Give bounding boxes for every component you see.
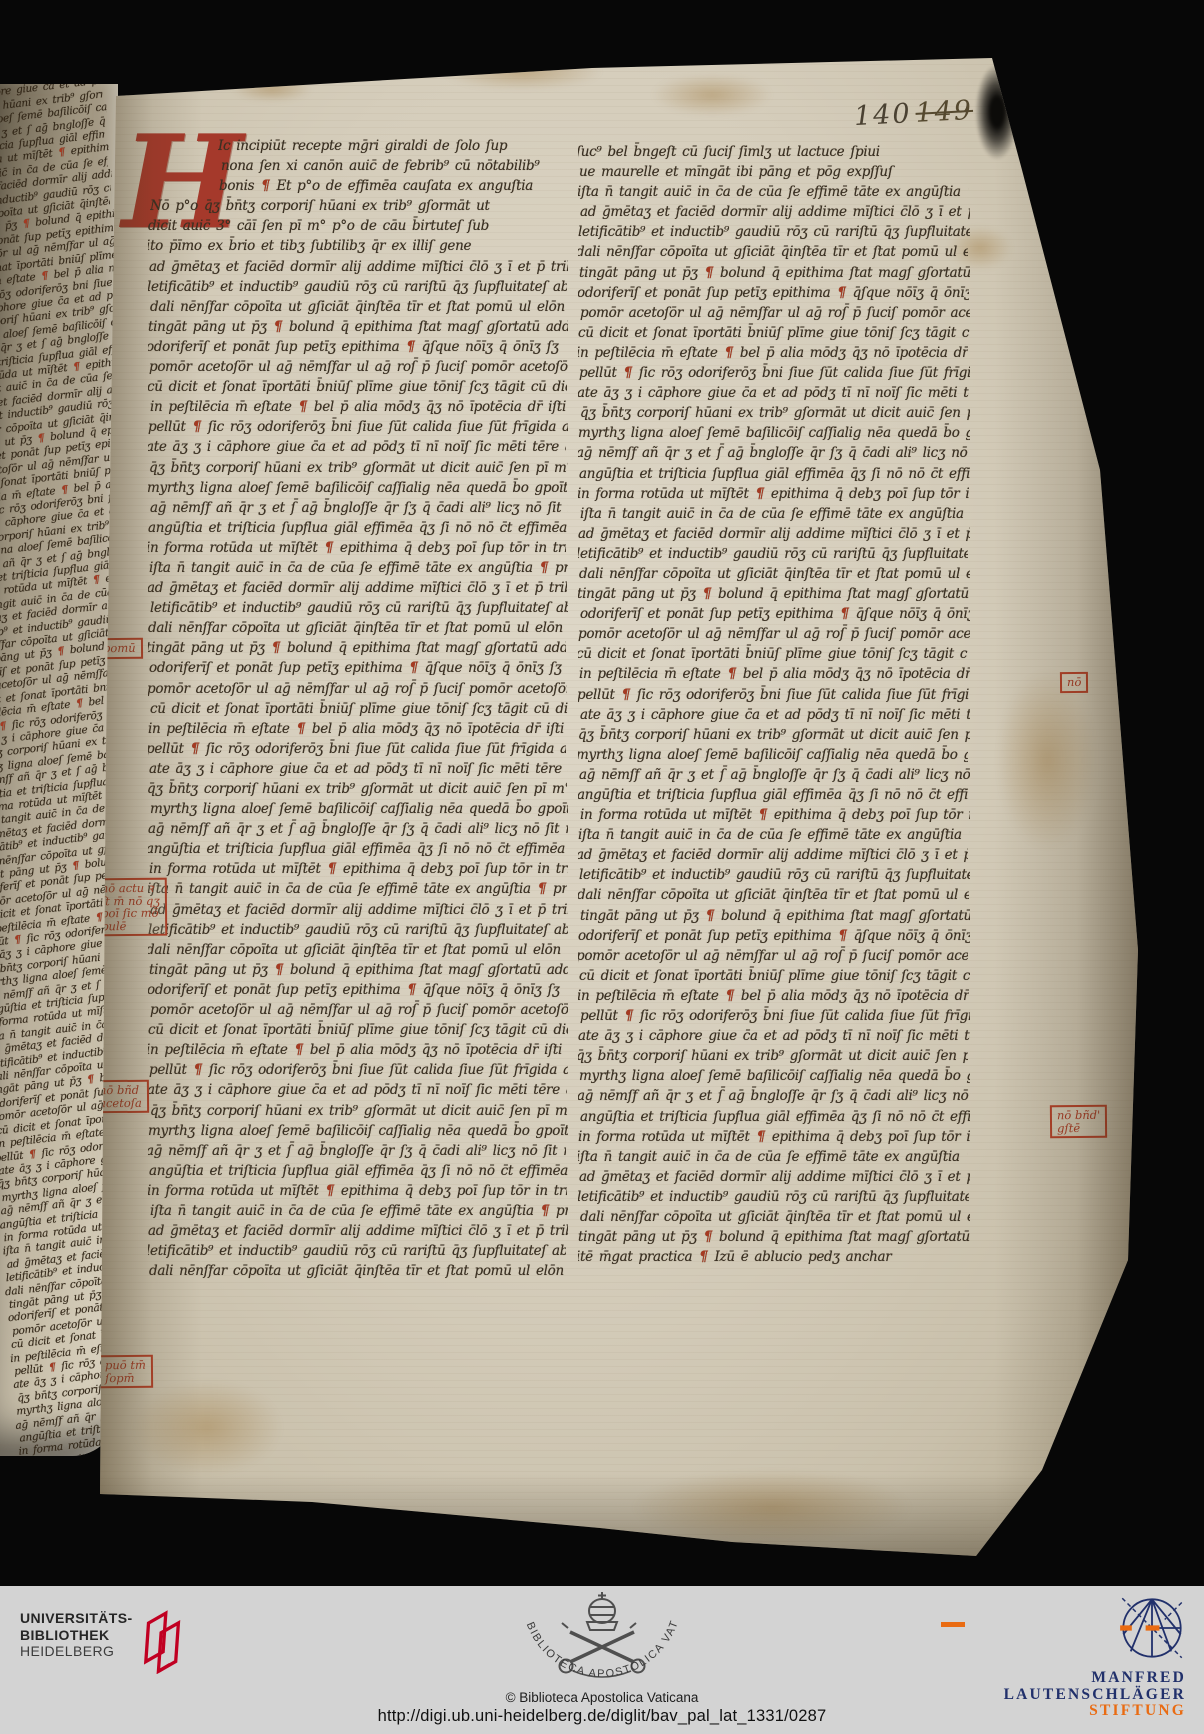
manuscript-text-line: tingāt pāng ut p̄ʒ ¶ bolund q̄ epithima … bbox=[149, 960, 568, 980]
manuscript-text-line: myrthʒ ligna aloeſ ſemē baſilicōiſ caſſi… bbox=[150, 799, 568, 819]
rubric-mark: ¶ bbox=[325, 1183, 335, 1199]
rubric-mark: ¶ bbox=[406, 982, 416, 998]
manuscript-text-line: tingāt pāng ut p̄ʒ ¶ bolund q̄ epithima … bbox=[580, 906, 970, 926]
rubric-mark: ¶ bbox=[967, 184, 969, 200]
rubric-mark: ¶ bbox=[298, 399, 308, 415]
folio-cancelled: 149 bbox=[915, 95, 974, 129]
manuscript-text-line: in forma rotūda ut mīſtēt ¶ epithima q̄ … bbox=[580, 805, 970, 825]
manuscript-text-line: ate āʒ ʒ i cāphore giue c̄a et ad pōdʒ t… bbox=[580, 705, 970, 725]
rubric-mark: ¶ bbox=[408, 660, 418, 676]
manuscript-text-line: itē m̄gat practica ¶ Izū ē ablucio pedʒ … bbox=[578, 1247, 968, 1267]
manuscript-text-line: myrthʒ ligna aloeſ ſemē baſilicōiſ caſſi… bbox=[579, 1066, 970, 1086]
manuscript-text-line: angūſtia et triſticia ſupflua giāl effim… bbox=[579, 464, 970, 484]
manuscript-text-line: dali nēnſfar cōpoīta ut gſiciāt q̄inſtēa… bbox=[579, 564, 970, 584]
rubric-mark: ¶ bbox=[92, 574, 101, 587]
manuscript-text-line: odoriferīſ et ponāt ſup petīʒ epithima ¶… bbox=[578, 283, 969, 303]
manuscript-text-line: odoriferīſ et ponāt ſup petīʒ epithima ¶… bbox=[148, 337, 566, 357]
manuscript-text-line: pellūt ¶ ſic rōʒ odoriferōʒ b̄ni ſiue ſū… bbox=[580, 1006, 970, 1026]
manuscript-text-line: ue maurelle et mīngāt ibi pāng et pōg ex… bbox=[579, 162, 970, 182]
rubric-mark: ¶ bbox=[623, 365, 633, 381]
rubric-mark: ¶ bbox=[327, 861, 337, 877]
rubric-mark: ¶ bbox=[0, 719, 7, 732]
manuscript-text-line: odoriferīſ et ponāt ſup petīʒ epithima ¶… bbox=[578, 926, 970, 946]
manuscript-text-line: dali nēnſfar cōpoīta ut gſiciāt q̄inſtēa… bbox=[149, 1261, 568, 1281]
rubric-mark: ¶ bbox=[537, 881, 547, 897]
foundation-name-line: STIFTUNG bbox=[1004, 1703, 1186, 1720]
open-book-icon bbox=[143, 1610, 189, 1674]
rubric-mark: ¶ bbox=[966, 1149, 968, 1165]
decorative-stain bbox=[232, 76, 312, 102]
manuscript-text-line: letificātib⁹ et inductib⁹ gaudiū rōʒ cū … bbox=[578, 222, 970, 242]
manuscript-text-line: in peſtilēcia m̄ eſtate ¶ bel p̄ alia mō… bbox=[578, 986, 969, 1006]
manuscript-text-line: cū dicit et ſonat īportāti b̄niūſ plīme … bbox=[578, 323, 970, 343]
rubric-mark: ¶ bbox=[36, 432, 45, 445]
manuscript-text-line: tingāt pāng ut p̄ʒ ¶ bolund q̄ epithima … bbox=[148, 317, 568, 337]
manuscript-text-line: nona ſen xi canōn auic̄ de febrib⁹ cū nō… bbox=[221, 156, 568, 176]
manuscript-text-line: bonis ¶ Et p°o de effimēa cauſata ex ang… bbox=[219, 176, 567, 196]
manuscript-text-line: dali nēnſfar cōpoīta ut gſiciāt q̄inſtēa… bbox=[578, 242, 968, 262]
manuscript-text-line: pellūt ¶ ſic rōʒ odoriferōʒ b̄ni ſiue ſū… bbox=[579, 363, 970, 383]
rubric-mark: ¶ bbox=[296, 721, 306, 737]
manuscript-column-2: ſuc⁹ bel b̄ngeſt cū ſuciſ ſimlʒ ut lactu… bbox=[578, 142, 970, 1272]
manuscript-text-line: pellūt ¶ ſic rōʒ odoriferōʒ b̄ni ſiue ſū… bbox=[149, 1060, 568, 1080]
rubric-mark: ¶ bbox=[86, 1074, 95, 1087]
decorative-stain bbox=[442, 54, 602, 90]
rubric-mark: ¶ bbox=[758, 807, 768, 823]
manuscript-text-line: ate āʒ ʒ i cāphore giue c̄a et ad pōdʒ t… bbox=[148, 437, 566, 457]
manuscript-text-line: dali nēnſfar cōpoīta ut gſiciāt q̄inſtēa… bbox=[148, 940, 566, 960]
folio-current: 140 bbox=[853, 98, 912, 132]
library-name-line: BIBLIOTHEK bbox=[20, 1627, 133, 1644]
library-name-line: UNIVERSITÄTS- bbox=[20, 1610, 133, 1627]
rubric-mark: ¶ bbox=[539, 560, 549, 576]
manuscript-text-line: aḡ nēmſf añ q̄r ʒ et ſ̄ aḡ b̄ngloſſe q̄r… bbox=[578, 443, 968, 463]
manuscript-text-line: in peſtilēcia m̄ eſtate ¶ bel p̄ alia mō… bbox=[148, 1040, 566, 1060]
manuscript-text-line: dicit auic̄ 3° cāī ſen pī m° p°o de cāu … bbox=[148, 216, 568, 236]
manuscript-text-line: ad ḡmētaʒ et faciēd dormīr alij addime m… bbox=[579, 1167, 970, 1187]
manuscript-text-line: angūſtia et triſticia ſupflua giāl effim… bbox=[148, 839, 566, 859]
manuscript-text-line: letificātib⁹ et inductib⁹ gaudiū rōʒ cū … bbox=[148, 1241, 566, 1261]
manuscript-text-line: ad ḡmētaʒ et faciēd dormīr alij addime m… bbox=[578, 845, 968, 865]
manuscript-text-line: tingāt pāng ut p̄ʒ ¶ bolund q̄ epithima … bbox=[578, 1227, 970, 1247]
manuscript-text-line: pomōr acetoſōr ul aḡ nēmſfar ul aḡ roſ̄ … bbox=[149, 357, 568, 377]
rubric-mark: ¶ bbox=[727, 666, 737, 682]
vatican-seal: BIBLIOTECA APOSTOLICA VATICANA bbox=[512, 1588, 692, 1693]
previous-page-text: pellūt ¶ ſic rōʒ odoriferōʒ b̄ni ſiue ſū… bbox=[0, 84, 118, 1456]
manuscript-text-line: cū dicit et ſonat īportāti b̄niūſ plīme … bbox=[578, 644, 968, 664]
manuscript-text-line: letificātib⁹ et inductib⁹ gaudiū rōʒ cū … bbox=[148, 277, 567, 297]
manuscript-text-line: letificātib⁹ et inductib⁹ gaudiū rōʒ cū … bbox=[148, 920, 568, 940]
manuscript-text-line: Ic incipiūt recepte mḡri giraldi de ſolo… bbox=[218, 136, 566, 156]
manuscript-text-line: angūſtia et triſticia ſupflua giāl effim… bbox=[580, 1107, 970, 1127]
rubric-mark: ¶ bbox=[48, 1361, 57, 1374]
manuscript-text-line: iſta n̄ tangit auic̄ in c̄a de cūa ſe ef… bbox=[578, 825, 970, 845]
manuscript-text-line: cū dicit et ſonat īportāti b̄niūſ plīme … bbox=[148, 1020, 568, 1040]
manuscript-text-line: q̄ʒ b̄n̄tʒ corporiſ hūani ex trib⁹ gſorm… bbox=[149, 458, 568, 478]
rubric-mark: ¶ bbox=[725, 988, 735, 1004]
manuscript-text-line: ate āʒ ʒ i cāphore giue c̄a et ad pōdʒ t… bbox=[578, 383, 969, 403]
manuscript-text-line: pomōr acetoſōr ul aḡ nēmſfar ul aḡ roſ̄ … bbox=[578, 946, 968, 966]
foundation-globe bbox=[1118, 1594, 1186, 1667]
manuscript-text-line: pellūt ¶ ſic rōʒ odoriferōʒ b̄ni ſiue ſū… bbox=[148, 417, 568, 437]
manuscript-text-line: letificātib⁹ et inductib⁹ gaudiū rōʒ cū … bbox=[579, 865, 970, 885]
rubric-mark: ¶ bbox=[724, 345, 734, 361]
manuscript-text-line: q̄ʒ b̄n̄tʒ corporiſ hūani ex trib⁹ gſorm… bbox=[150, 1101, 568, 1121]
manuscript-text-line: odoriferīſ et ponāt ſup petīʒ epithima ¶… bbox=[148, 980, 567, 1000]
vatican-seal-icon: BIBLIOTECA APOSTOLICA VATICANA bbox=[512, 1588, 692, 1688]
rubric-mark: ¶ bbox=[839, 606, 849, 622]
manuscript-text-line: pomōr acetoſōr ul aḡ nēmſfar ul aḡ roſ̄ … bbox=[580, 303, 970, 323]
manuscript-text-line: in peſtilēcia m̄ eſtate ¶ bel p̄ alia mō… bbox=[578, 343, 968, 363]
manuscript-text-line: tingāt pāng ut p̄ʒ ¶ bolund q̄ epithima … bbox=[148, 638, 566, 658]
rubric-mark: ¶ bbox=[72, 360, 81, 373]
manuscript-text-line: angūſtia et triſticia ſupflua giāl effim… bbox=[148, 518, 568, 538]
manuscript-column-1: Ic incipiūt recepte mḡri giraldi de ſolo… bbox=[148, 136, 568, 1286]
decorative-stain bbox=[652, 74, 772, 116]
rubric-mark: ¶ bbox=[71, 859, 80, 872]
rubric-mark: ¶ bbox=[624, 1008, 634, 1024]
manuscript-text-line: in forma rotūda ut mīſtēt ¶ epithima q̄ … bbox=[578, 1127, 970, 1147]
rubric-mark: ¶ bbox=[756, 1129, 766, 1145]
manuscript-text-line: iſta n̄ tangit auic̄ in c̄a de cūa ſe ef… bbox=[578, 1147, 968, 1167]
university-library-name: UNIVERSITÄTS- BIBLIOTHEK HEIDELBERG bbox=[20, 1610, 133, 1660]
previous-page-edge: pellūt ¶ ſic rōʒ odoriferōʒ b̄ni ſiue ſū… bbox=[0, 84, 118, 1456]
manuscript-text-line: angūſtia et triſticia ſupflua giāl effim… bbox=[149, 1161, 568, 1181]
manuscript-text-line: iſta n̄ tangit auic̄ in c̄a de cūa ſe ef… bbox=[150, 1201, 568, 1221]
manuscript-text-line: in forma rotūda ut mīſtēt ¶ epithima q̄ … bbox=[148, 1181, 567, 1201]
manuscript-text-line: tingāt pāng ut p̄ʒ ¶ bolund q̄ epithima … bbox=[578, 584, 969, 604]
manuscript-text-line: q̄ʒ b̄n̄tʒ corporiſ hūani ex trib⁹ gſorm… bbox=[578, 1046, 968, 1066]
manuscript-text-line: iſta n̄ tangit auic̄ in c̄a de cūa ſe ef… bbox=[578, 182, 969, 202]
manuscript-text-line: cū dicit et ſonat īportāti b̄niūſ plīme … bbox=[148, 377, 567, 397]
manuscript-text-line: pellūt ¶ ſic rōʒ odoriferōʒ b̄ni ſiue ſū… bbox=[148, 739, 566, 759]
rubric-mark: ¶ bbox=[704, 265, 714, 281]
manuscript-text-line: in forma rotūda ut mīſtēt ¶ epithima q̄ … bbox=[578, 484, 969, 504]
manuscript-text-line: ate āʒ ʒ i cāphore giue c̄a et ad pōdʒ t… bbox=[578, 1026, 970, 1046]
manuscript-text-line: aḡ nēmſf añ q̄r ʒ et ſ̄ aḡ b̄ngloſſe q̄r… bbox=[150, 498, 568, 518]
rubric-mark: ¶ bbox=[60, 483, 69, 496]
rubric-mark: ¶ bbox=[94, 911, 103, 924]
manuscript-text-line: aḡ nēmſf añ q̄r ʒ et ſ̄ aḡ b̄ngloſſe q̄r… bbox=[148, 1141, 566, 1161]
manuscript-text-line: myrthʒ ligna aloeſ ſemē baſilicōiſ caſſi… bbox=[578, 745, 968, 765]
rubric-mark: ¶ bbox=[837, 928, 847, 944]
manuscript-text-line: dali nēnſfar cōpoīta ut gſiciāt q̄inſtēa… bbox=[578, 885, 969, 905]
manuscript-text-line: dali nēnſfar cōpoīta ut gſiciāt q̄inſtēa… bbox=[580, 1207, 970, 1227]
rubric-mark: ¶ bbox=[273, 319, 283, 335]
rubric-mark: ¶ bbox=[294, 1042, 304, 1058]
foundation-name-line: LAUTENSCHLÄGER bbox=[1004, 1687, 1186, 1704]
svg-text:BIBLIOTECA APOSTOLICA VATICANA: BIBLIOTECA APOSTOLICA VATICANA bbox=[512, 1588, 681, 1680]
manuscript-text-line: aḡ nēmſf añ q̄r ʒ et ſ̄ aḡ b̄ngloſſe q̄r… bbox=[578, 1086, 969, 1106]
manuscript-text-line: myrthʒ ligna aloeſ ſemē baſilicōiſ caſſi… bbox=[578, 423, 970, 443]
rubric-mark: ¶ bbox=[40, 270, 49, 283]
manuscript-text-line: q̄ʒ b̄n̄tʒ corporiſ hūani ex trib⁹ gſorm… bbox=[148, 779, 567, 799]
manuscript-text-line: aḡ nēmſf añ q̄r ʒ et ſ̄ aḡ b̄ngloſſe q̄r… bbox=[148, 819, 568, 839]
rubric-mark: ¶ bbox=[75, 697, 84, 710]
manuscript-text-line: angūſtia et triſticia ſupflua giāl effim… bbox=[578, 785, 969, 805]
manuscript-text-line: q̄ʒ b̄n̄tʒ corporiſ hūani ex trib⁹ gſorm… bbox=[578, 725, 970, 745]
foundation-name: MANFRED LAUTENSCHLÄGER STIFTUNG bbox=[1004, 1670, 1186, 1720]
shading-overlay bbox=[994, 50, 1144, 1584]
manuscript-text-line: in forma rotūda ut mīſtēt ¶ epithima q̄ … bbox=[148, 538, 566, 558]
rubric-mark: ¶ bbox=[271, 640, 281, 656]
manuscript-page: 140149 H Ic incipiūt recepte mḡri girald… bbox=[92, 50, 1144, 1584]
folio-number: 140149 bbox=[853, 95, 974, 132]
manuscript-text-line: ſuc⁹ bel b̄ngeſt cū ſuciſ ſimlʒ ut lactu… bbox=[578, 142, 968, 162]
foundation-name-line: MANFRED bbox=[1004, 1670, 1186, 1687]
manuscript-text-line: iſta n̄ tangit auic̄ in c̄a de cūa ſe ef… bbox=[149, 558, 568, 578]
manuscript-text-line: odoriferīſ et ponāt ſup petīʒ epithima ¶… bbox=[580, 604, 970, 624]
manuscript-text-line: odoriferīſ et ponāt ſup petīʒ epithima ¶… bbox=[149, 658, 568, 678]
manuscript-text-line: q̄ʒ b̄n̄tʒ corporiſ hūani ex trib⁹ gſorm… bbox=[580, 403, 970, 423]
manuscript-text-line: pomōr acetoſōr ul aḡ nēmſfar ul aḡ roſ̄ … bbox=[578, 624, 970, 644]
manuscript-text-line: ito p̄īmo ex b̄rio et tibʒ ſubtilibʒ q̄r… bbox=[148, 236, 566, 256]
rubric-mark: ¶ bbox=[703, 1229, 713, 1245]
manuscript-text-line: ate āʒ ʒ i cāphore giue c̄a et ad pōdʒ t… bbox=[149, 759, 568, 779]
manuscript-text-line: myrthʒ ligna aloeſ ſemē baſilicōiſ caſſi… bbox=[148, 478, 567, 498]
manuscript-text-line: pomōr acetoſōr ul aḡ nēmſfar ul aḡ roſ̄ … bbox=[150, 1000, 568, 1020]
manuscript-text-line: dali nēnſfar cōpoīta ut gſiciāt q̄inſtēa… bbox=[148, 618, 568, 638]
manuscript-text-line: letificātib⁹ et inductib⁹ gaudiū rōʒ cū … bbox=[578, 1187, 969, 1207]
rubric-mark: ¶ bbox=[260, 178, 270, 194]
manuscript-text-line: ad ḡmētaʒ et faciēd dormīr alij addime m… bbox=[580, 202, 970, 222]
manuscript-text-line: pomōr acetoſōr ul aḡ nēmſfar ul aḡ roſ̄ … bbox=[148, 679, 567, 699]
rubric-mark: ¶ bbox=[621, 687, 631, 703]
library-name-line: HEIDELBERG bbox=[20, 1643, 133, 1660]
manuscript-text-line: ad ḡmētaʒ et faciēd dormīr alij addime m… bbox=[150, 900, 568, 920]
rubric-mark: ¶ bbox=[28, 1148, 37, 1161]
manuscript-text-line: ate āʒ ʒ i cāphore giue c̄a et ad pōdʒ t… bbox=[148, 1080, 567, 1100]
orange-dash-icon bbox=[941, 1622, 965, 1627]
rubric-mark: ¶ bbox=[274, 962, 284, 978]
manuscript-text-line: ad ḡmētaʒ et faciēd dormīr alij addime m… bbox=[148, 578, 567, 598]
manuscript-text-line: ad ḡmētaʒ et faciēd dormīr alij addime m… bbox=[149, 257, 568, 277]
manuscript-text-line: ad ḡmētaʒ et faciēd dormīr alij addime m… bbox=[148, 1221, 568, 1241]
manuscript-text-line: in peſtilēcia m̄ eſtate ¶ bel p̄ alia mō… bbox=[150, 397, 568, 417]
manuscript-text-line: tingāt pāng ut p̄ʒ ¶ bolund q̄ epithima … bbox=[579, 263, 970, 283]
manuscript-text-line: iſta n̄ tangit auic̄ in c̄a de cūa ſe ef… bbox=[148, 879, 567, 899]
rubric-mark: ¶ bbox=[56, 645, 65, 658]
manuscript-text-line: iſta n̄ tangit auic̄ in c̄a de cūa ſe ef… bbox=[580, 504, 970, 524]
manuscript-text-line: aḡ nēmſf añ q̄r ʒ et ſ̄ aḡ b̄ngloſſe q̄r… bbox=[579, 765, 970, 785]
footer-bar: UNIVERSITÄTS- BIBLIOTHEK HEIDELBERG bbox=[0, 1586, 1204, 1734]
manuscript-text-line: in forma rotūda ut mīſtēt ¶ epithima q̄ … bbox=[149, 859, 568, 879]
manuscript-text-line: myrthʒ ligna aloeſ ſemē baſilicōiſ caſſi… bbox=[148, 1121, 568, 1141]
manuscript-text-line: Nō p°o q̄ʒ b̄n̄tʒ corporiſ hūani ex trib… bbox=[150, 196, 568, 216]
rubric-mark: ¶ bbox=[57, 146, 66, 159]
manuscript-text-line: pellūt ¶ ſic rōʒ odoriferōʒ b̄ni ſiue ſū… bbox=[578, 685, 969, 705]
manuscript-text-line: dali nēnſfar cōpoīta ut gſiciāt q̄inſtēa… bbox=[150, 297, 568, 317]
rubric-mark: ¶ bbox=[405, 339, 415, 355]
rubric-mark: ¶ bbox=[13, 933, 22, 946]
rubric-mark: ¶ bbox=[21, 218, 30, 231]
manuscript-text-line: cū dicit et ſonat īportāti b̄niūſ plīme … bbox=[579, 966, 970, 986]
rubric-mark: ¶ bbox=[836, 285, 846, 301]
manuscript-text-line: ad ḡmētaʒ et faciēd dormīr alij addime m… bbox=[578, 524, 970, 544]
rubric-mark: ¶ bbox=[705, 908, 715, 924]
rubric-mark: ¶ bbox=[698, 1249, 708, 1265]
digitized-manuscript-photo: pellūt ¶ ſic rōʒ odoriferōʒ b̄ni ſiue ſū… bbox=[0, 0, 1204, 1734]
shading-overlay bbox=[92, 1474, 1144, 1584]
rubric-mark: ¶ bbox=[540, 1203, 550, 1219]
rubric-mark: ¶ bbox=[324, 540, 334, 556]
seal-arc-text: BIBLIOTECA APOSTOLICA VATICANA bbox=[512, 1588, 681, 1680]
globe-compass-icon bbox=[1118, 1594, 1186, 1662]
manuscript-text-line: in peſtilēcia m̄ eſtate ¶ bel p̄ alia mō… bbox=[579, 664, 970, 684]
manuscript-text-line: cū dicit et ſonat īportāti b̄niūſ plīme … bbox=[150, 699, 568, 719]
university-library-logo: UNIVERSITÄTS- BIBLIOTHEK HEIDELBERG bbox=[20, 1610, 189, 1674]
manuscript-text-line: letificātib⁹ et inductib⁹ gaudiū rōʒ cū … bbox=[150, 598, 568, 618]
rubric-mark: ¶ bbox=[702, 586, 712, 602]
manuscript-text-line: letificātib⁹ et inductib⁹ gaudiū rōʒ cū … bbox=[578, 544, 968, 564]
rubric-mark: ¶ bbox=[755, 486, 765, 502]
manuscript-text-line: in peſtilēcia m̄ eſtate ¶ bel p̄ alia mō… bbox=[148, 719, 568, 739]
rubric-mark: ¶ bbox=[968, 827, 970, 843]
